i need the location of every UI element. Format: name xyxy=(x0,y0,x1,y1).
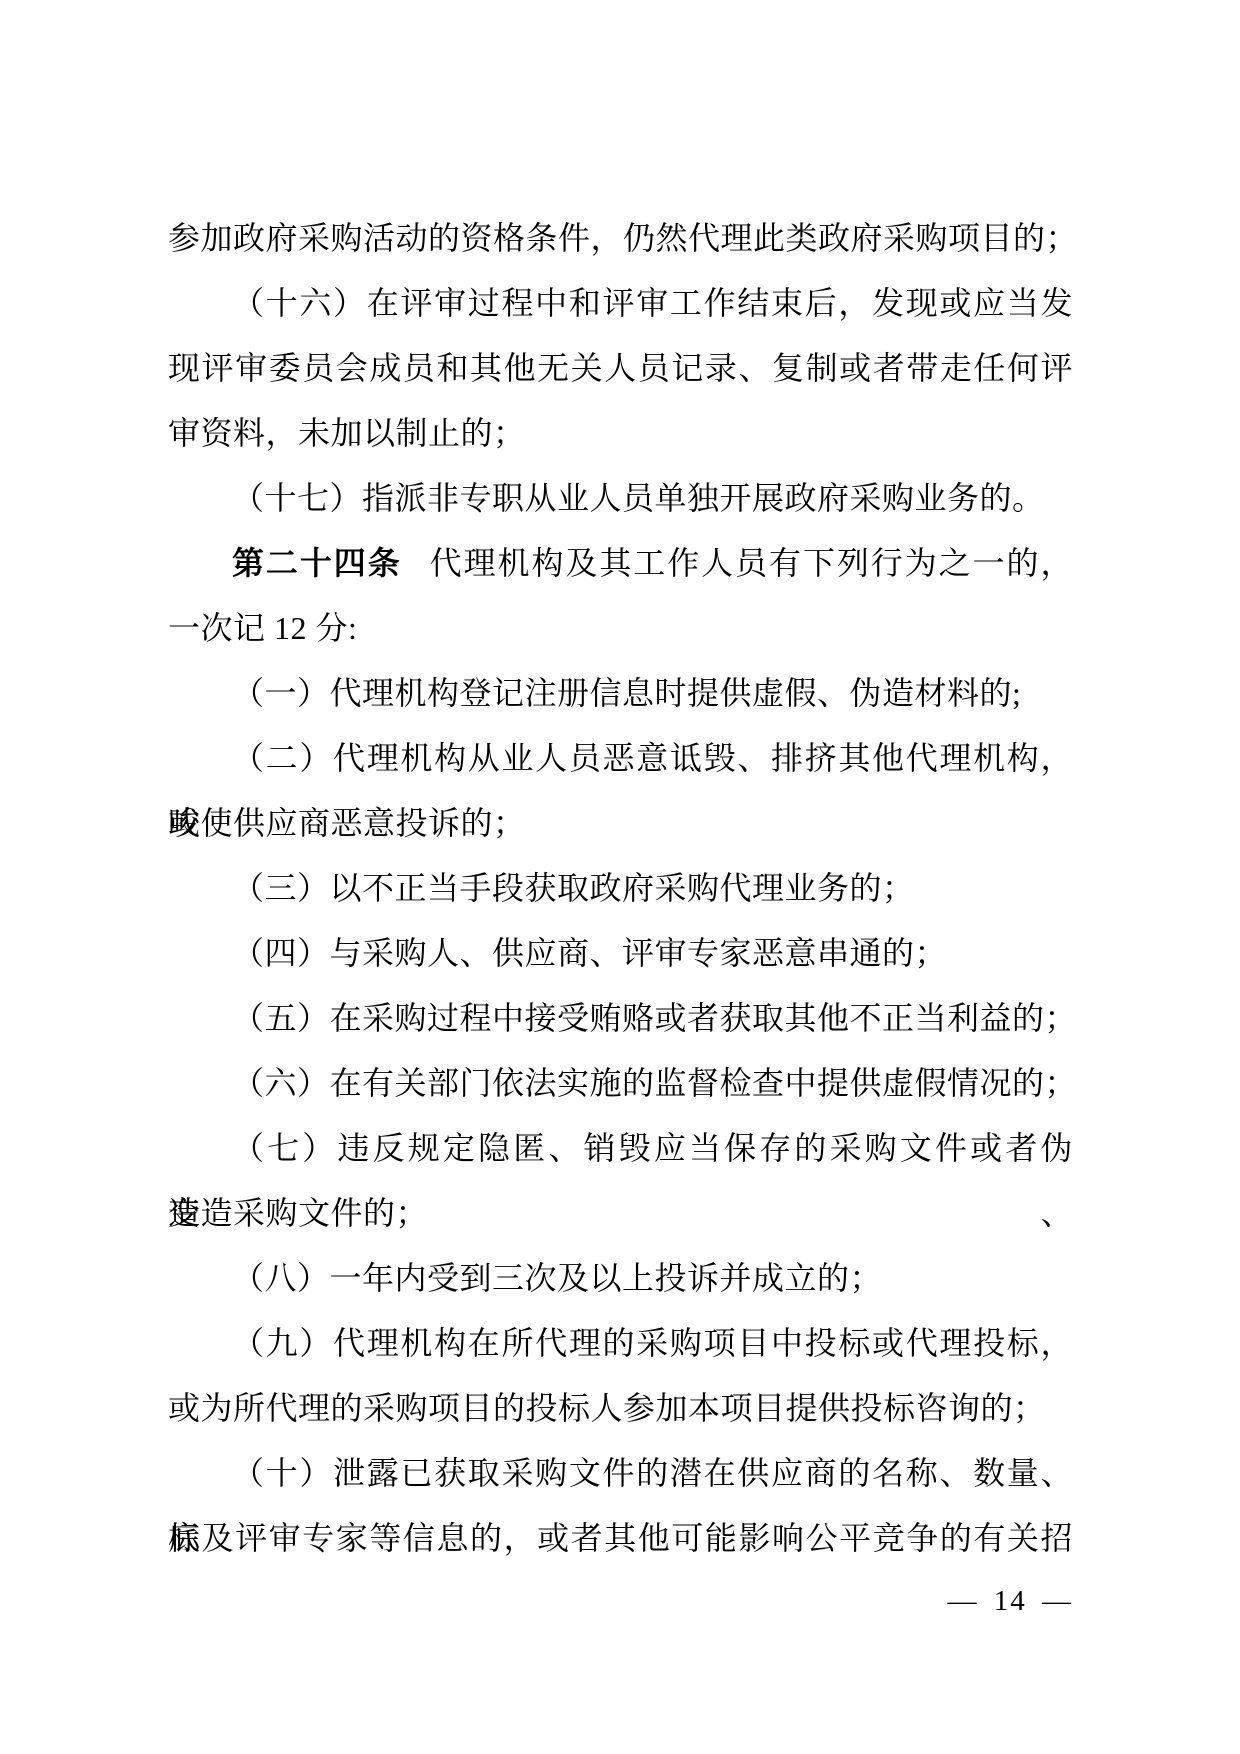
text-line: 底及评审专家等信息的，或者其他可能影响公平竞争的有关招 xyxy=(168,1506,1073,1571)
text-line: 或为所代理的采购项目的投标人参加本项目提供投标咨询的； xyxy=(168,1376,1073,1441)
line-text: 代理机构及其工作人员有下列行为之一的， xyxy=(430,545,1073,581)
line-text: （十七）指派非专职从业人员单独开展政府采购业务的。 xyxy=(232,480,1045,516)
text-line: （八）一年内受到三次及以上投诉并成立的； xyxy=(168,1246,1073,1311)
line-text: 现评审委员会成员和其他无关人员记录、复制或者带走任何评 xyxy=(168,350,1073,386)
article-line: 第二十四条代理机构及其工作人员有下列行为之一的， xyxy=(168,531,1073,596)
text-line: （九）代理机构在所代理的采购项目中投标或代理投标， xyxy=(168,1311,1073,1376)
text-line: （十六）在评审过程中和评审工作结束后，发现或应当发 xyxy=(168,271,1073,336)
text-line: 现评审委员会成员和其他无关人员记录、复制或者带走任何评 xyxy=(168,336,1073,401)
line-text: 变造采购文件的； xyxy=(168,1195,428,1231)
line-text: （九）代理机构在所代理的采购项目中投标或代理投标， xyxy=(232,1325,1073,1361)
text-line: 参加政府采购活动的资格条件，仍然代理此类政府采购项目的； xyxy=(168,206,1073,271)
line-text: 底及评审专家等信息的，或者其他可能影响公平竞争的有关招 xyxy=(168,1520,1073,1556)
line-text: 参加政府采购活动的资格条件，仍然代理此类政府采购项目的； xyxy=(168,220,1078,256)
line-text: 唆使供应商恶意投诉的； xyxy=(168,805,526,841)
text-line: 唆使供应商恶意投诉的； xyxy=(168,791,1073,856)
text-line: （六）在有关部门依法实施的监督检查中提供虚假情况的； xyxy=(168,1051,1073,1116)
line-text: 或为所代理的采购项目的投标人参加本项目提供投标咨询的； xyxy=(168,1390,1046,1426)
text-line: 一次记 12 分: xyxy=(168,596,1073,661)
line-text: （八）一年内受到三次及以上投诉并成立的； xyxy=(232,1260,882,1296)
text-line: （二）代理机构从业人员恶意诋毁、排挤其他代理机构，或 xyxy=(168,726,1073,791)
line-text: （三）以不正当手段获取政府采购代理业务的； xyxy=(232,870,915,906)
document-page: 参加政府采购活动的资格条件，仍然代理此类政府采购项目的；（十六）在评审过程中和评… xyxy=(0,0,1240,1754)
line-text: （六）在有关部门依法实施的监督检查中提供虚假情况的； xyxy=(232,1065,1077,1101)
line-text: 一次记 12 分: xyxy=(168,610,357,646)
line-text: （十六）在评审过程中和评审工作结束后，发现或应当发 xyxy=(232,285,1073,321)
article-heading: 第二十四条 xyxy=(232,545,402,581)
text-line: （五）在采购过程中接受贿赂或者获取其他不正当利益的； xyxy=(168,986,1073,1051)
text-line: （十）泄露已获取采购文件的潜在供应商的名称、数量、标 xyxy=(168,1441,1073,1506)
document-body: 参加政府采购活动的资格条件，仍然代理此类政府采购项目的；（十六）在评审过程中和评… xyxy=(168,206,1073,1571)
text-line: （十七）指派非专职从业人员单独开展政府采购业务的。 xyxy=(168,466,1073,531)
text-line: （一）代理机构登记注册信息时提供虚假、伪造材料的; xyxy=(168,661,1073,726)
text-line: （三）以不正当手段获取政府采购代理业务的； xyxy=(168,856,1073,921)
page-number: — 14 — xyxy=(948,1584,1074,1618)
text-line: （四）与采购人、供应商、评审专家恶意串通的； xyxy=(168,921,1073,986)
line-text: （一）代理机构登记注册信息时提供虚假、伪造材料的; xyxy=(232,675,1021,711)
text-line: 审资料，未加以制止的； xyxy=(168,401,1073,466)
line-text: （五）在采购过程中接受贿赂或者获取其他不正当利益的； xyxy=(232,1000,1077,1036)
line-text: 审资料，未加以制止的； xyxy=(168,415,526,451)
line-text: （四）与采购人、供应商、评审专家恶意串通的； xyxy=(232,935,947,971)
text-line: （七）违反规定隐匿、销毁应当保存的采购文件或者伪造、 xyxy=(168,1116,1073,1181)
